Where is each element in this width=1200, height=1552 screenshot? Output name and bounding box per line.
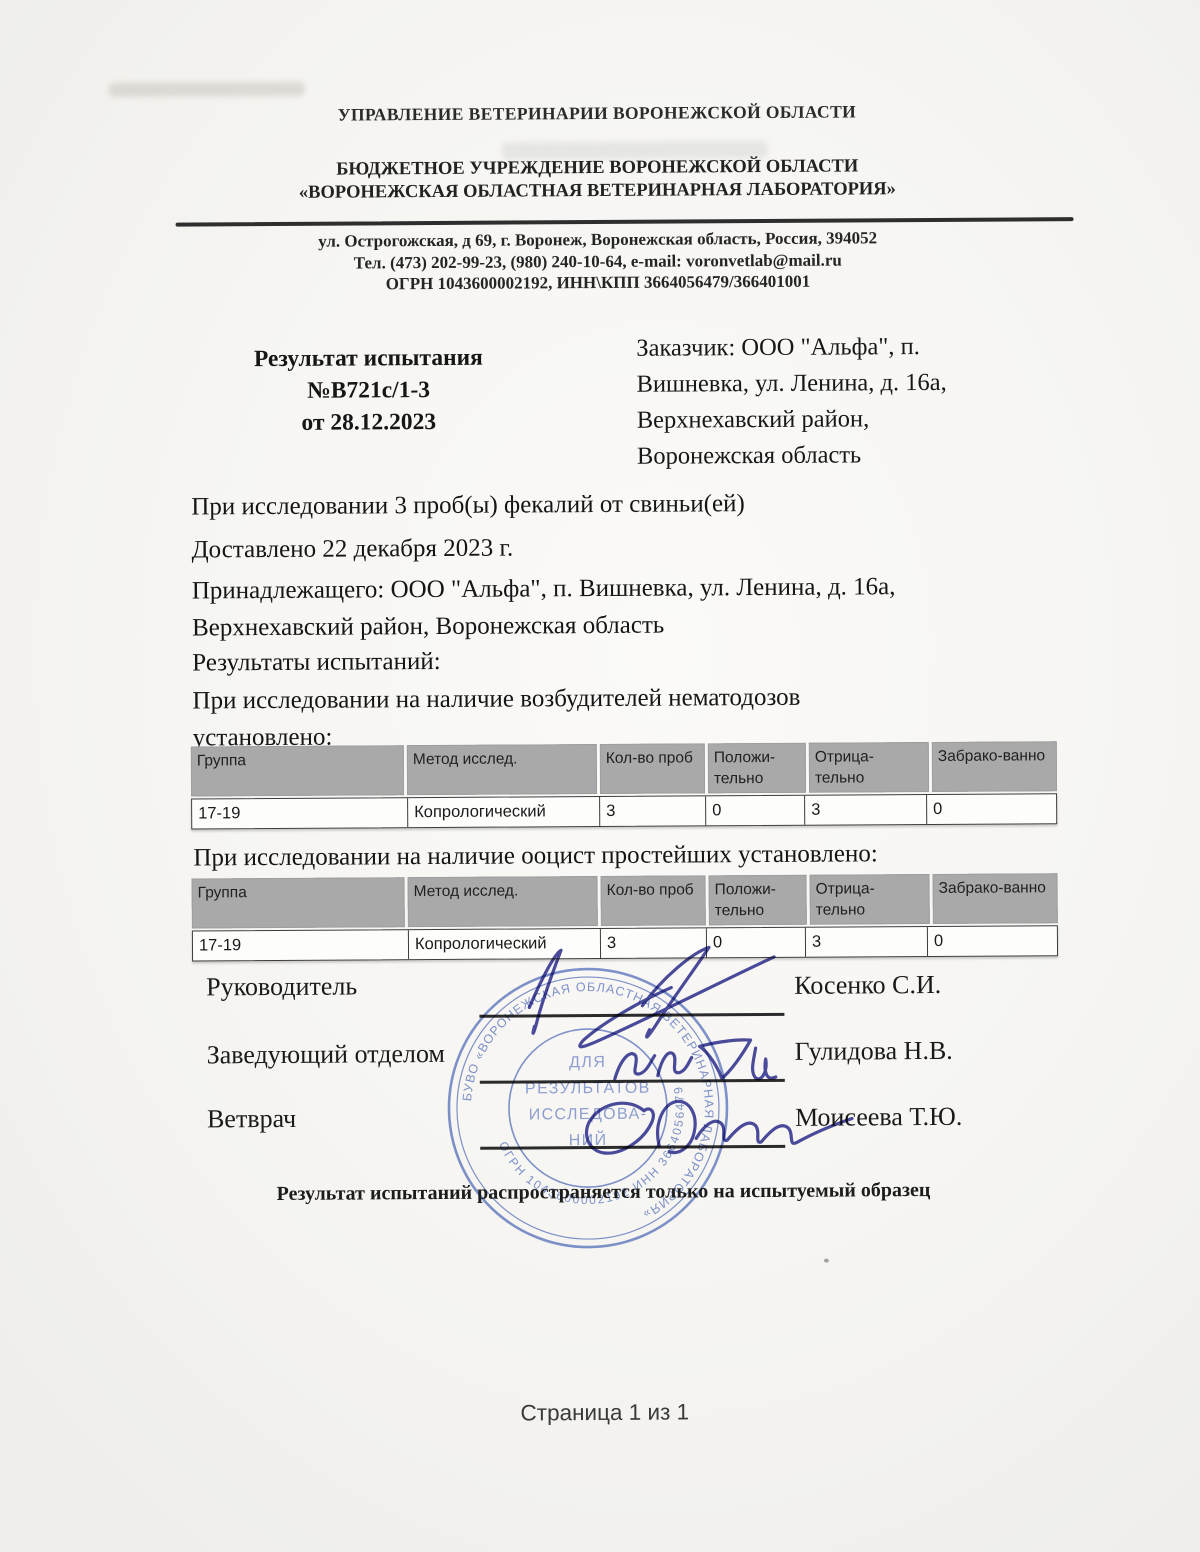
document-page: УПРАВЛЕНИЕ ВЕТЕРИНАРИИ ВОРОНЕЖСКОЙ ОБЛАС… <box>0 0 1200 1552</box>
cell-count: 3 <box>600 796 706 826</box>
cell-rejected: 0 <box>928 926 1052 956</box>
cell-method: Копрологический <box>408 797 600 827</box>
signature-role-vet: Ветврач <box>207 1104 296 1135</box>
col-header-rejected: Забрако-ванно <box>932 741 1057 792</box>
cell-negative: 3 <box>805 795 927 825</box>
table-header-row: Группа Метод исслед. Кол-во проб Положи-… <box>191 741 1057 796</box>
cell-group: 17-19 <box>192 798 408 828</box>
signature-role-head: Заведующий отделом <box>207 1039 445 1070</box>
table-row: 17-19 Копрологический 3 0 3 0 <box>191 793 1057 829</box>
cell-group: 17-19 <box>193 930 409 960</box>
result-number: №В721с/1-3 <box>198 373 538 407</box>
customer-block: Заказчик: ООО "Альфа", п. Вишневка, ул. … <box>636 328 1013 474</box>
col-header-positive: Положи-тельно <box>709 875 807 926</box>
result-title-block: Результат испытания №В721с/1-3 от 28.12.… <box>198 341 539 439</box>
scanned-content: УПРАВЛЕНИЕ ВЕТЕРИНАРИИ ВОРОНЕЖСКОЙ ОБЛАС… <box>0 0 1200 1552</box>
header-divider <box>176 217 1074 226</box>
org-contacts-block: ул. Острогожская, д 69, г. Воронеж, Воро… <box>0 225 1198 297</box>
cell-positive: 0 <box>706 796 805 826</box>
signature-ink-vet <box>586 1103 653 1153</box>
col-header-negative: Отрица-тельно <box>810 874 930 925</box>
col-header-group: Группа <box>192 877 405 928</box>
col-header-method: Метод исслед. <box>408 876 598 927</box>
oocysts-heading: При исследовании на наличие ооцист прост… <box>193 840 877 872</box>
result-date: от 28.12.2023 <box>199 405 539 439</box>
signature-role-director: Руководитель <box>206 971 357 1002</box>
nematodes-table: Группа Метод исслед. Кол-во проб Положи-… <box>191 741 1057 829</box>
owner-line: Принадлежащего: ООО "Альфа", п. Вишневка… <box>192 568 1002 647</box>
disclaimer-note: Результат испытаний распространяется тол… <box>3 1177 1200 1207</box>
col-header-positive: Положи-тельно <box>708 743 806 794</box>
cell-rejected: 0 <box>927 794 1051 824</box>
scan-speck <box>824 1259 829 1263</box>
department-title: УПРАВЛЕНИЕ ВЕТЕРИНАРИИ ВОРОНЕЖСКОЙ ОБЛАС… <box>0 99 1197 127</box>
page-number: Страница 1 из 1 <box>5 1396 1200 1429</box>
result-title-line1: Результат испытания <box>198 341 538 375</box>
signature-ink-director <box>529 950 562 1033</box>
results-line: Результаты испытаний: <box>192 639 1072 681</box>
signature-ink-head <box>615 1053 655 1078</box>
col-header-negative: Отрица-тельно <box>809 742 929 793</box>
delivered-line: Доставлено 22 декабря 2023 г. <box>191 526 1071 568</box>
scan-smudge <box>109 82 305 97</box>
col-header-count: Кол-во проб <box>601 875 706 926</box>
col-header-count: Кол-во проб <box>600 743 705 794</box>
handwritten-signatures <box>422 928 924 1201</box>
col-header-group: Группа <box>191 745 404 796</box>
organization-line2: «ВОРОНЕЖСКАЯ ОБЛАСТНАЯ ВЕТЕРИНАРНАЯ ЛАБО… <box>0 177 1197 205</box>
samples-line: При исследовании 3 проб(ы) фекалий от св… <box>191 483 1071 525</box>
col-header-rejected: Забрако-ванно <box>933 873 1058 924</box>
col-header-method: Метод исслед. <box>407 744 597 795</box>
table-header-row: Группа Метод исслед. Кол-во проб Положи-… <box>192 873 1058 928</box>
